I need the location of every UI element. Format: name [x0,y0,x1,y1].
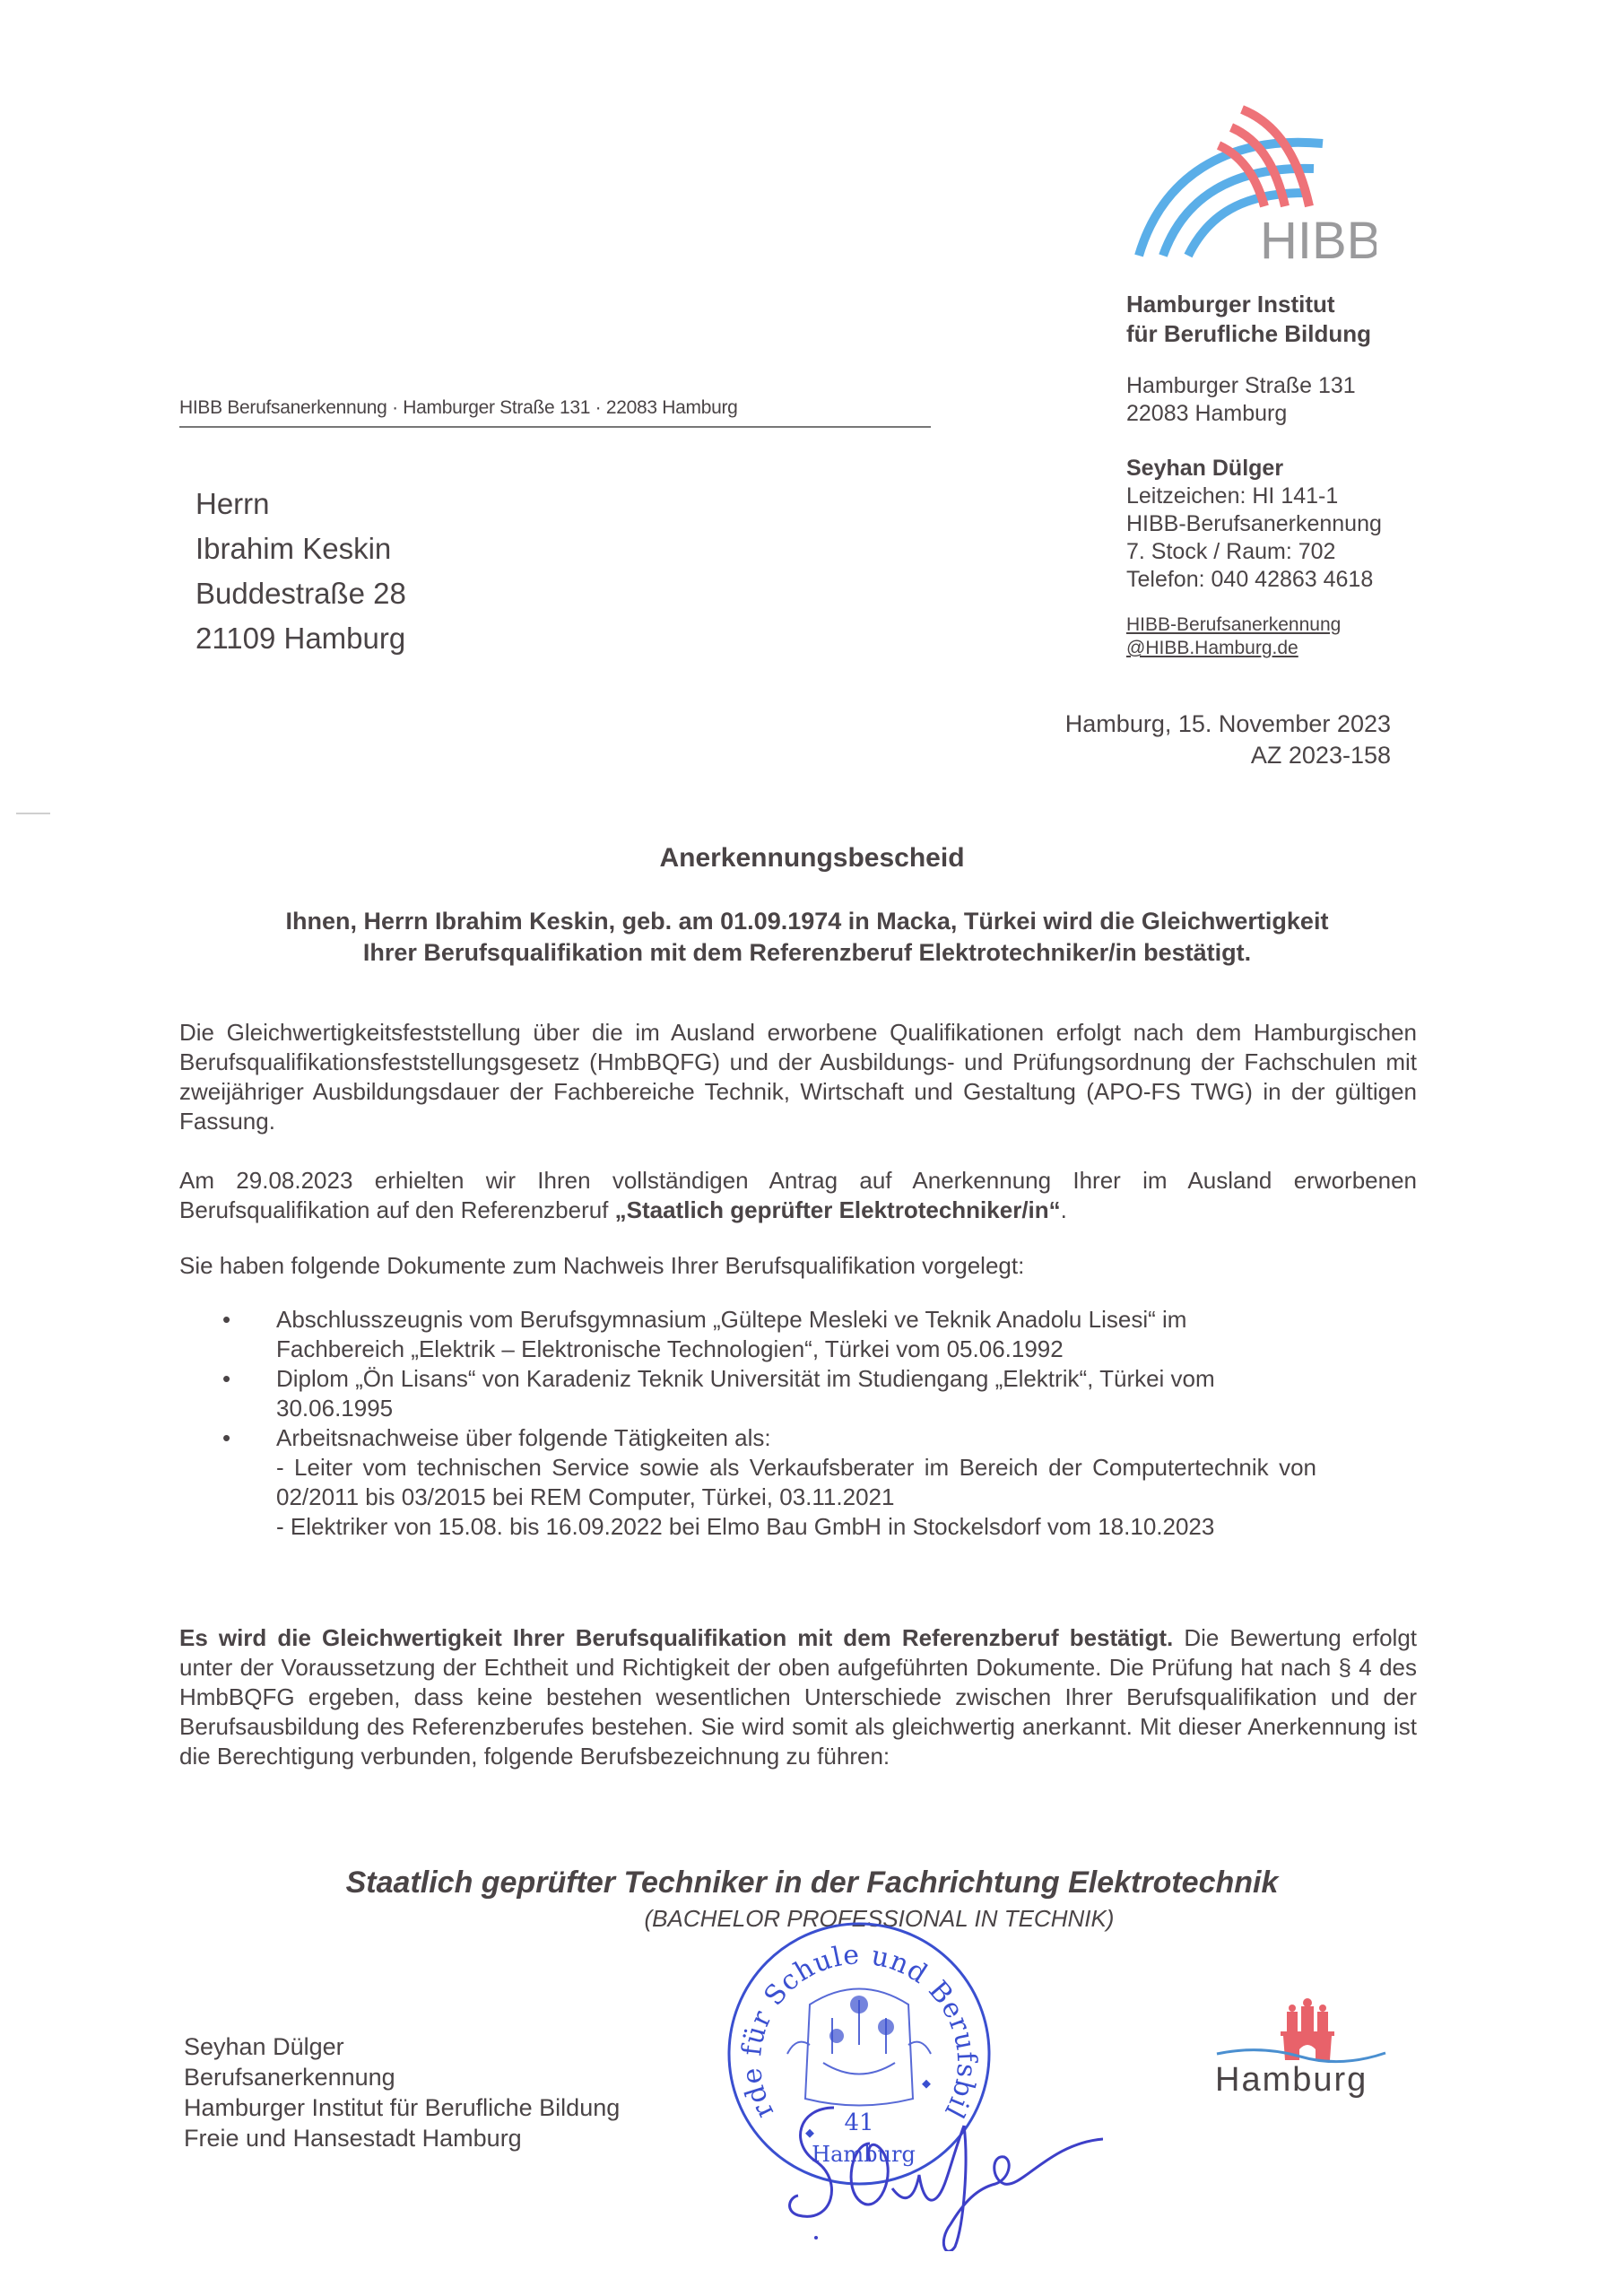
document-title: Anerkennungsbescheid [0,843,1624,874]
sender-city: 22083 Hamburg [1126,400,1382,428]
work-record-2: - Elektriker von 15.08. bis 16.09.2022 b… [276,1512,1316,1542]
castle-icon [1281,1998,1334,2060]
professional-title: Staatlich geprüfter Techniker in der Fac… [0,1865,1624,1900]
documents-intro: Sie haben folgende Dokumente zum Nachwei… [179,1251,1417,1281]
document-text: Arbeitsnachweise über folgende Tätigkeit… [276,1423,1316,1453]
sender-street: Hamburger Straße 131 [1126,372,1382,400]
decision-statement: Ihnen, Herrn Ibrahim Keskin, geb. am 01.… [179,906,1435,969]
room: 7. Stock / Raum: 702 [1126,538,1382,566]
document-text: Abschlusszeugnis vom Berufsgymnasium „Gü… [276,1306,1186,1362]
email-line-1[interactable]: HIBB-Berufsanerkennung [1126,613,1382,637]
recipient-name: Ibrahim Keskin [195,526,406,571]
signatory-institution: Hamburger Institut für Berufliche Bildun… [184,2092,620,2123]
svg-text:HIBB: HIBB [1260,212,1376,260]
contact-name: Seyhan Dülger [1126,455,1382,483]
signatory-city: Freie und Hansestadt Hamburg [184,2123,620,2153]
recipient-street: Buddestraße 28 [195,571,406,616]
phone-number: Telefon: 040 42863 4618 [1126,566,1382,594]
reference-code: Leitzeichen: HI 141-1 [1126,483,1382,510]
equivalence-paragraph: Es wird die Gleichwertigkeit Ihrer Beruf… [179,1623,1417,1771]
recipient-address: Herrn Ibrahim Keskin Buddestraße 28 2110… [195,482,406,661]
email-link[interactable]: HIBB-Berufsanerkennung @HIBB.Hamburg.de [1126,613,1382,660]
application-paragraph: Am 29.08.2023 erhielten wir Ihren vollst… [179,1166,1417,1225]
legal-basis-paragraph: Die Gleichwertigkeitsfeststellung über d… [179,1018,1417,1136]
river-wave-icon [1217,2050,1385,2062]
sender-contact-block: Hamburger Straße 131 22083 Hamburg Seyha… [1126,372,1382,660]
recipient-city: 21109 Hamburg [195,616,406,661]
return-address: HIBB Berufsanerkennung · Hamburger Straß… [179,397,931,428]
hamburg-wordmark: Hamburg [1215,2061,1403,2100]
application-end: . [1061,1196,1067,1223]
submitted-documents-list: Abschlusszeugnis vom Berufsgymnasium „Gü… [215,1305,1316,1542]
date-block: Hamburg, 15. November 2023 AZ 2023-158 [1065,709,1391,771]
hibb-logo: HIBB [1125,99,1376,260]
handwritten-signature [780,2090,1103,2251]
email-line-2[interactable]: @HIBB.Hamburg.de [1126,637,1382,660]
institution-line-2: für Berufliche Bildung [1126,319,1371,349]
hamburg-logo [1215,1987,1394,2067]
signature-block: Seyhan Dülger Berufsanerkennung Hamburge… [184,2031,620,2153]
signatory-role: Berufsanerkennung [184,2062,620,2092]
signatory-name: Seyhan Dülger [184,2031,620,2062]
letter-date: Hamburg, 15. November 2023 [1065,709,1391,740]
institution-line-1: Hamburger Institut [1126,290,1371,319]
decision-line-2: Ihrer Berufsqualifikation mit dem Refere… [179,937,1435,969]
reference-profession: „Staatlich geprüfter Elektrotechniker/in… [615,1196,1061,1223]
fold-mark [16,813,50,814]
file-number: AZ 2023-158 [1065,740,1391,771]
institution-name: Hamburger Institut für Berufliche Bildun… [1126,290,1371,349]
document-text: Diplom „Ön Lisans“ von Karadeniz Teknik … [276,1365,1215,1422]
list-item: Abschlusszeugnis vom Berufsgymnasium „Gü… [215,1305,1316,1364]
decision-line-1: Ihnen, Herrn Ibrahim Keskin, geb. am 01.… [179,906,1435,937]
equivalence-confirmation: Es wird die Gleichwertigkeit Ihrer Beruf… [179,1624,1173,1651]
department: HIBB-Berufsanerkennung [1126,510,1382,538]
list-item: Arbeitsnachweise über folgende Tätigkeit… [215,1423,1316,1542]
work-record-1: - Leiter vom technischen Service sowie a… [276,1453,1316,1512]
list-item: Diplom „Ön Lisans“ von Karadeniz Teknik … [215,1364,1316,1423]
recipient-salutation: Herrn [195,482,406,526]
